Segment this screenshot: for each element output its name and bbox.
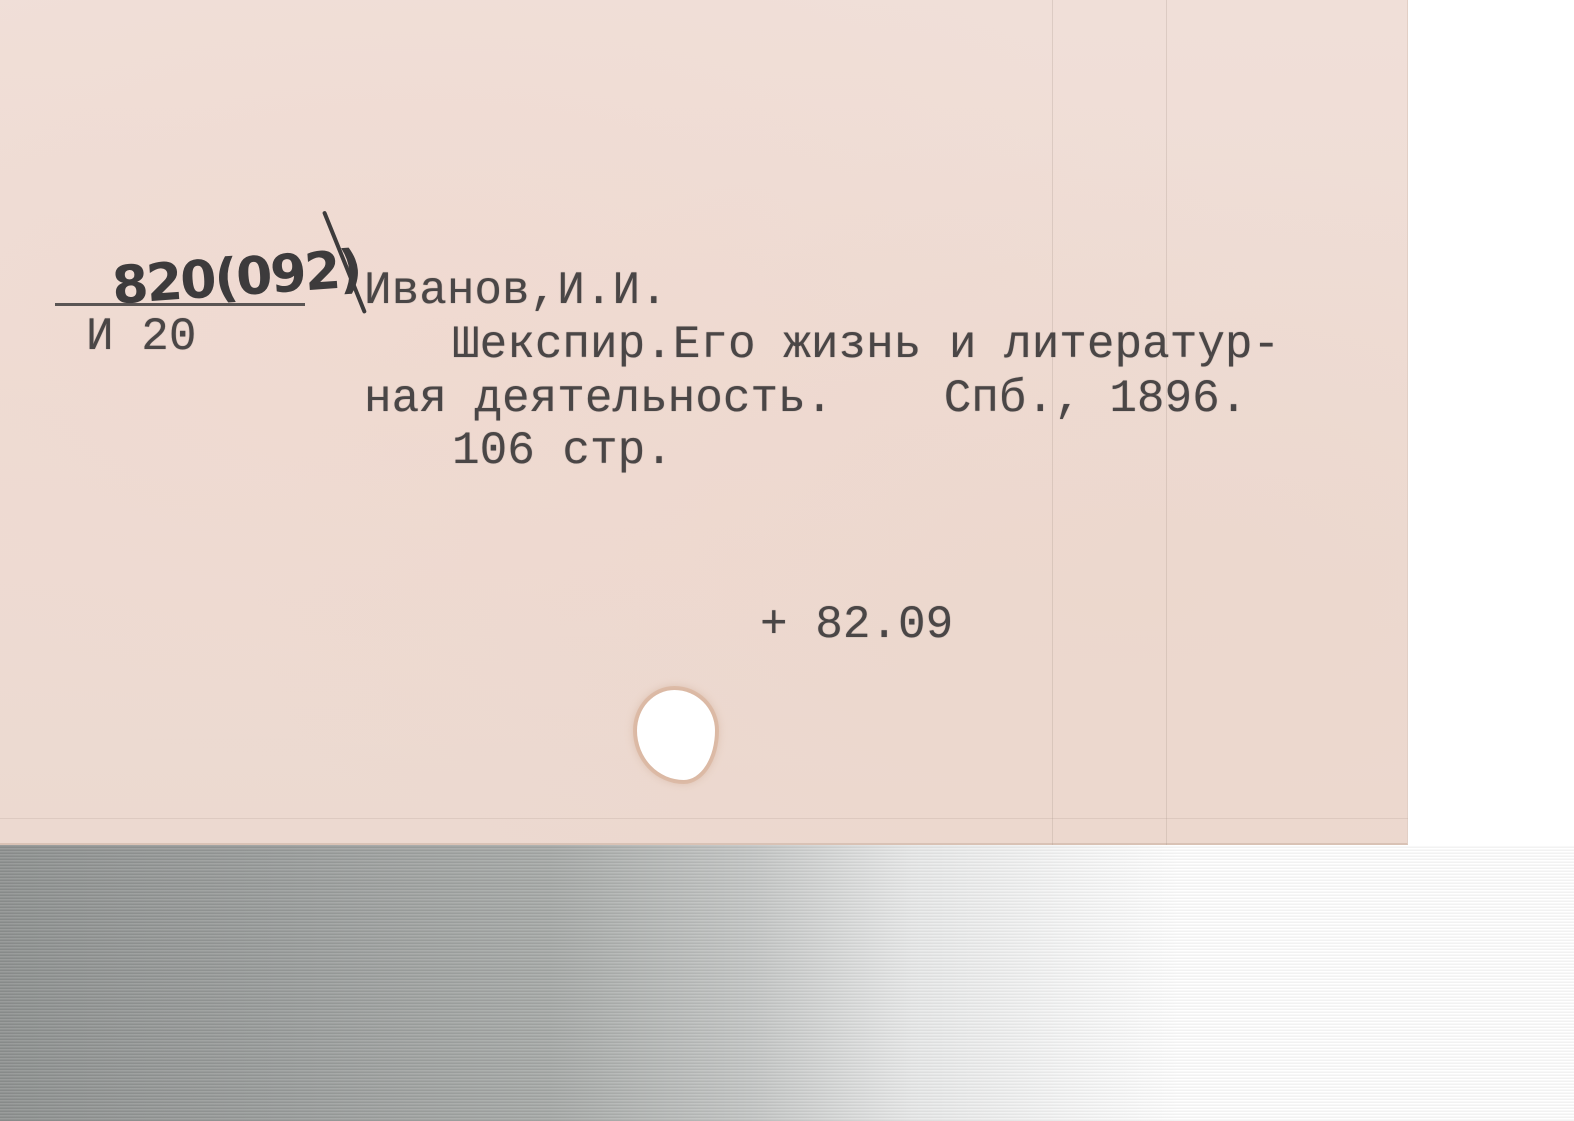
punch-hole	[637, 690, 715, 780]
library-catalog-card: 820(092) И 20 Иванов,И.И. Шекспир.Его жи…	[0, 0, 1408, 845]
pagination: 106 стр.	[452, 428, 673, 474]
title-line-2: ная деятельность. Спб., 1896.	[364, 376, 1247, 422]
author-heading: Иванов,И.И.	[364, 268, 668, 314]
scanner-bed-background	[0, 845, 1574, 1121]
card-ruling-horizontal	[0, 818, 1408, 819]
call-number-divider	[55, 303, 305, 306]
classification-code: + 82.09	[760, 602, 953, 648]
title-line-1: Шекспир.Его жизнь и литератур-	[452, 322, 1280, 368]
call-number-author-mark: И 20	[86, 314, 196, 360]
